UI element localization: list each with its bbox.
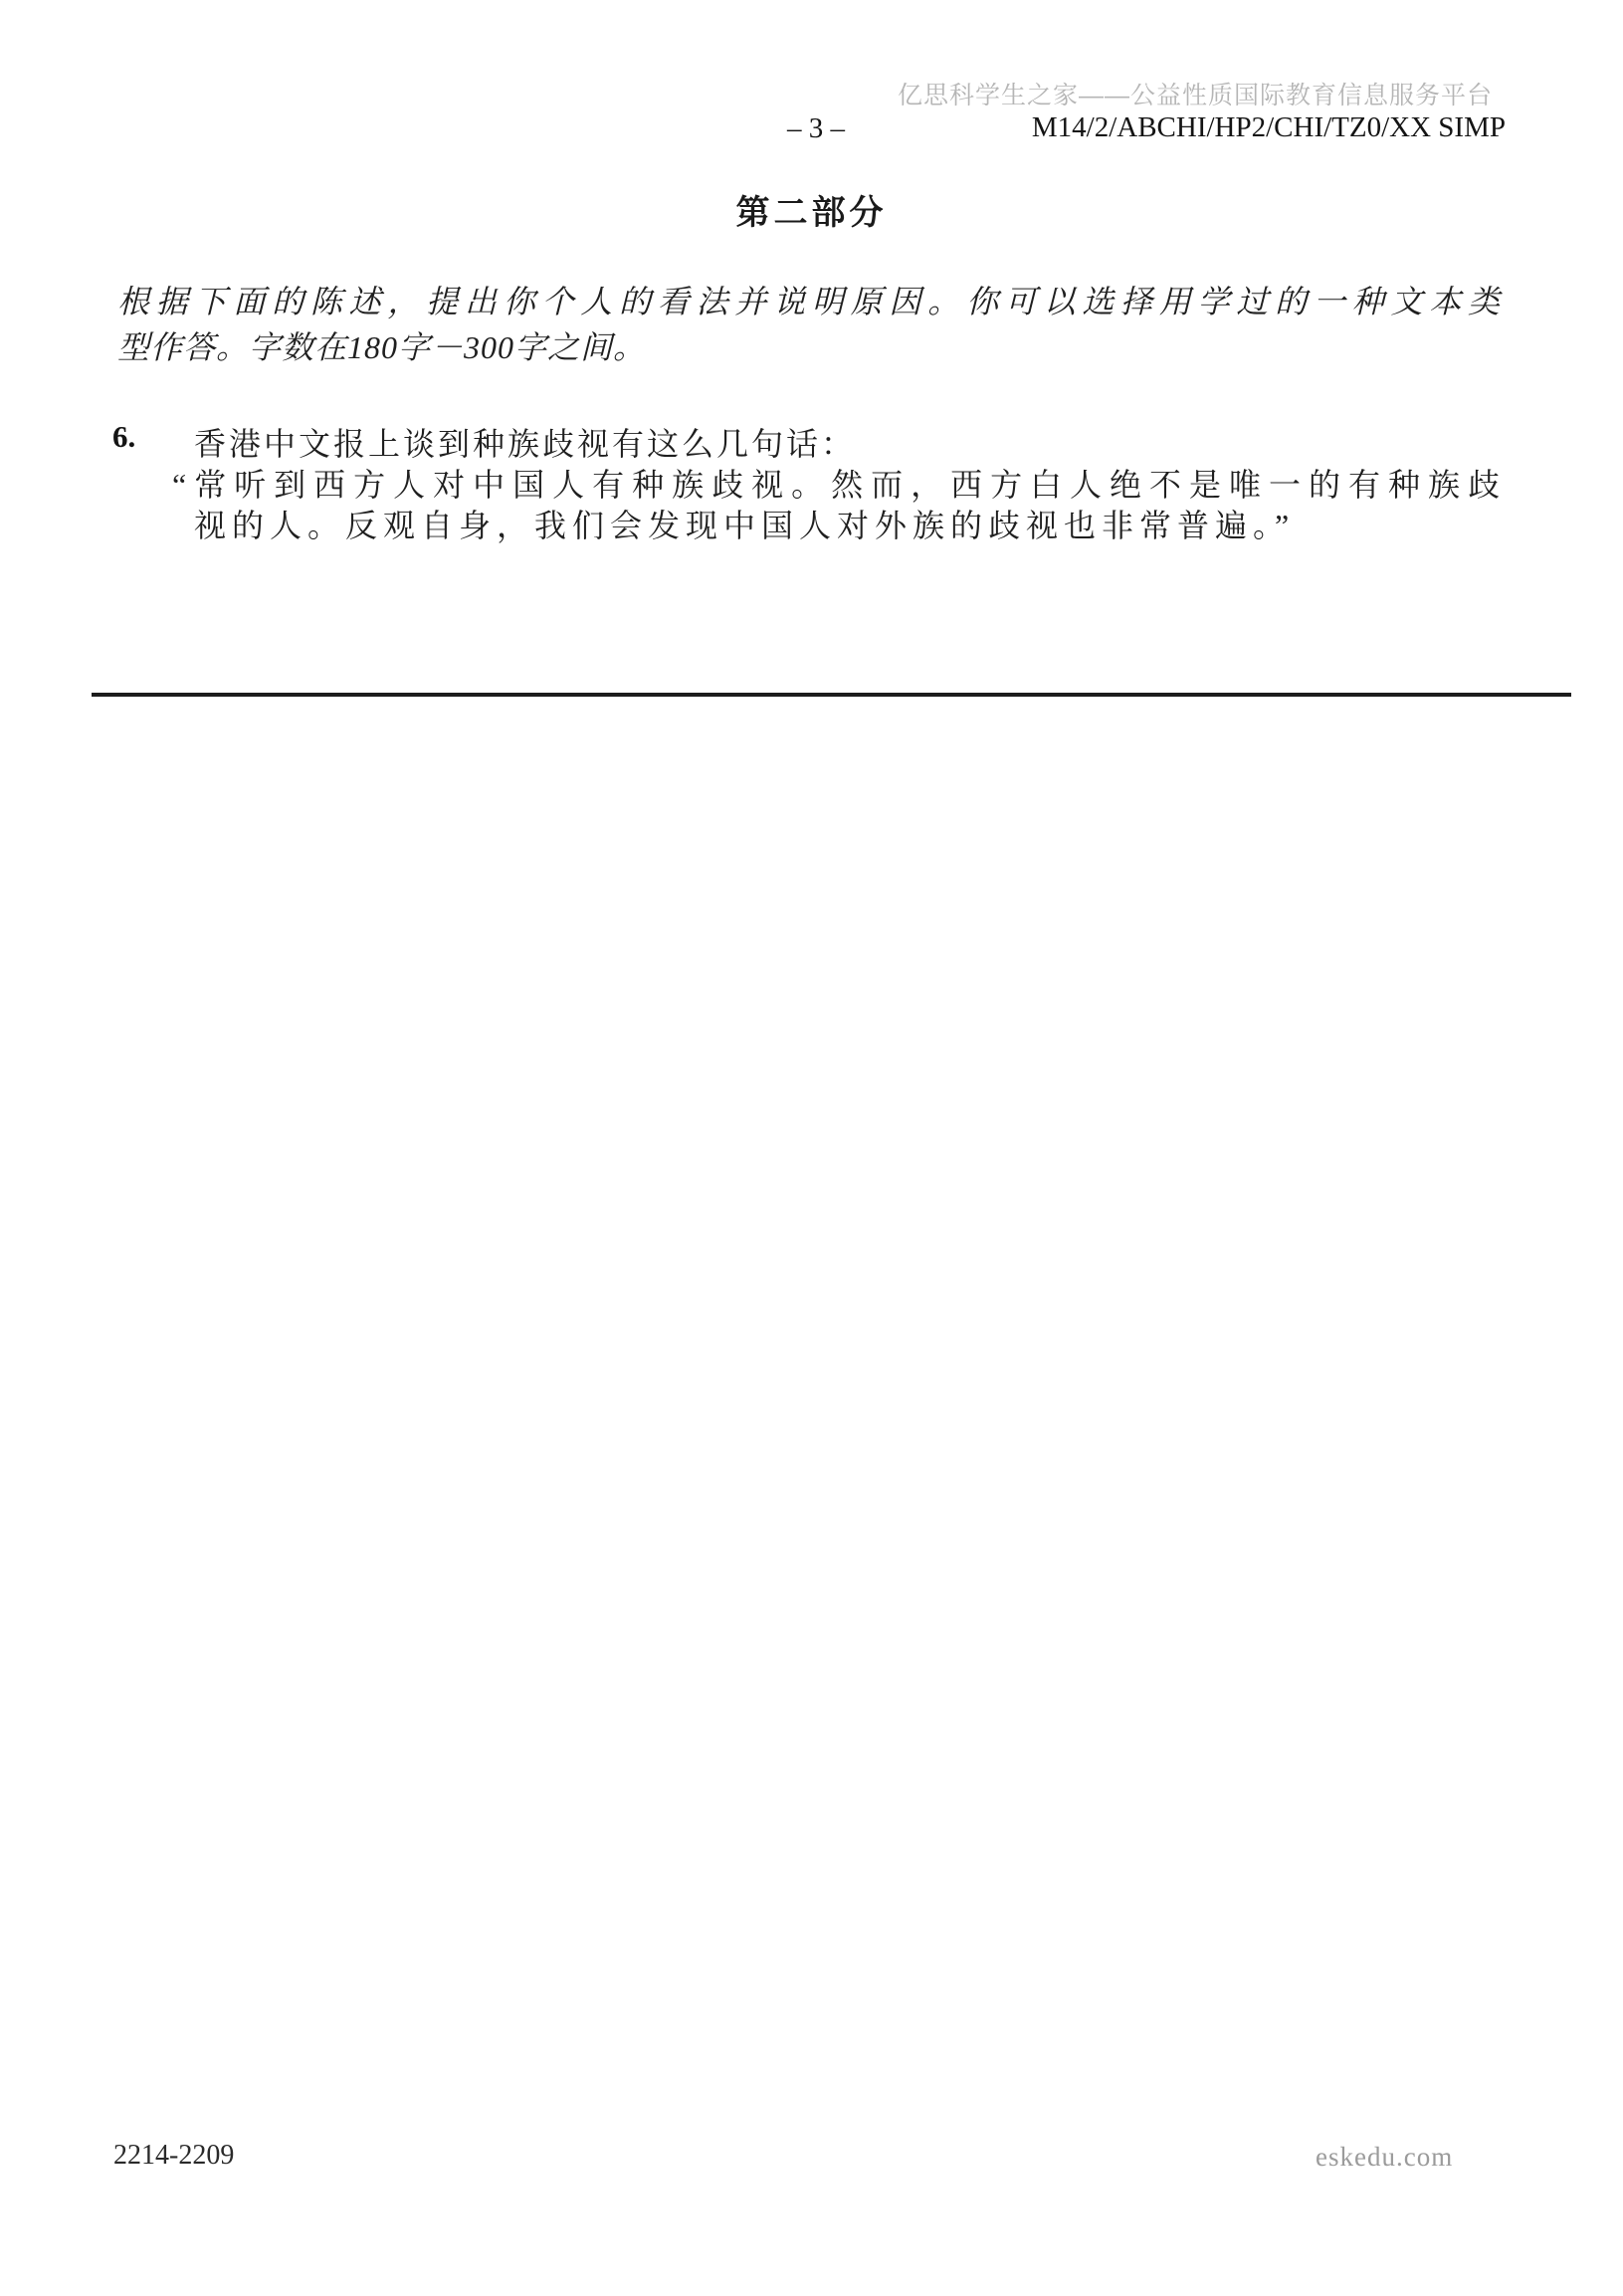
- question-quote-line-2: 视的人。反观自身，我们会发现中国人对外族的歧视也非常普遍。”: [194, 501, 1295, 546]
- paper-code: 2214-2209: [113, 2140, 234, 2172]
- question-number: 6.: [112, 419, 135, 455]
- answer-separator-rule: [92, 693, 1571, 697]
- page-number: – 3 –: [756, 112, 876, 145]
- instructions-line-1: 根据下面的陈述，提出你个人的看法并说明原因。你可以选择用学过的一种文本类: [117, 277, 1506, 322]
- watermark-text: 亿思科学生之家——公益性质国际教育信息服务平台: [898, 76, 1493, 111]
- question-quote-line-1: “常听到西方人对中国人有种族歧视。然而，西方白人绝不是唯一的有种族歧: [172, 460, 1506, 506]
- exam-code: M14/2/ABCHI/HP2/CHI/TZ0/XX SIMP: [1032, 111, 1506, 144]
- section-title: 第二部分: [0, 185, 1623, 234]
- exam-paper-page: { "header": { "watermark": "亿思科学生之家——公益性…: [0, 0, 1623, 2296]
- question-intro: 香港中文报上谈到种族歧视有这么几句话：: [194, 419, 856, 465]
- instructions-line-2: 型作答。字数在180字－300字之间。: [117, 322, 646, 368]
- site-watermark: eskedu.com: [1316, 2142, 1453, 2173]
